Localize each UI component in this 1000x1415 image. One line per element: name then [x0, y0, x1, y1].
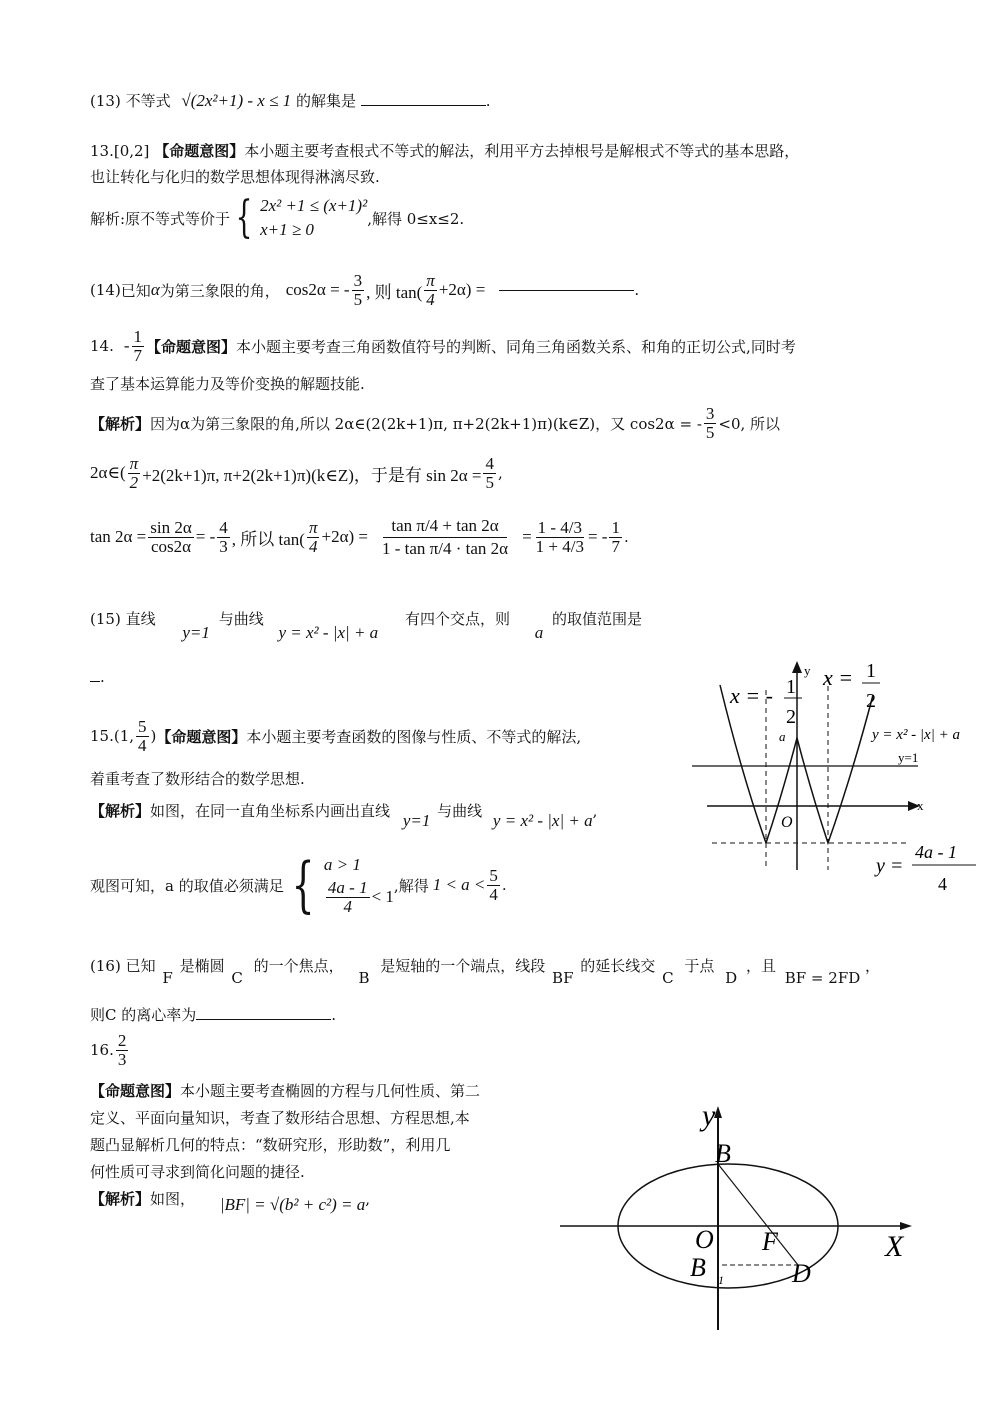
point-f: F	[162, 969, 172, 987]
question-14: (14) 已知 α 为第三象限的角， cos2α = - 35 , 则 tan(…	[90, 272, 639, 309]
question-number: (13)	[90, 92, 121, 110]
denominator: 3	[116, 1051, 129, 1069]
intent-text: 本小题主要考查椭圆的方程与几何性质、第二	[180, 1082, 480, 1100]
math-expression: +2α) =	[439, 280, 486, 300]
question-16: (16) 已知 F 是椭圆 C 的一个焦点， B 是短轴的一个端点，线段 BF …	[90, 955, 880, 976]
arrow-up-icon	[792, 661, 802, 673]
point-d: D	[725, 969, 737, 987]
intent-16: 【命题意图】本小题主要考查椭圆的方程与几何性质、第二 定义、平面向量知识，考查了…	[90, 1078, 480, 1186]
answer-15: 15.(1, 54 ) 【命题意图】本小题主要考查函数的图像与性质、不等式的解法…	[90, 718, 581, 755]
denominator: 4	[424, 291, 437, 309]
numerator: 5	[136, 718, 149, 737]
analysis-tag: 【解析】	[90, 802, 150, 820]
label-a: a	[779, 729, 786, 744]
question-text: 的延长线交	[580, 957, 655, 975]
analysis-14-line1: 【解析】 因为α为第三象限的角,所以 2α∈(2(2k+1)π, π+2(2k+…	[90, 405, 780, 442]
brace-icon: {	[291, 855, 314, 915]
denominator: 7	[609, 538, 622, 556]
intent-tag: 【命题意图】	[146, 336, 236, 357]
answer-blank	[196, 1019, 331, 1020]
punctuation: ,	[498, 464, 503, 482]
vector-equation: BF = 2FD	[785, 969, 861, 987]
inequality-expression: √(2x²+1) - x ≤ 1	[181, 91, 291, 110]
numerator: 3	[352, 272, 365, 291]
fraction: 35	[704, 405, 717, 442]
analysis-14-line2: 2α∈( π2 +2(2k+1)π, π+2(2k+1)π)(k∈Z)，于是有 …	[90, 455, 503, 492]
answer-blank	[499, 290, 634, 291]
math-expression: 2α∈(	[90, 463, 126, 483]
question-text: 的解集是	[296, 92, 356, 110]
label-num: 1	[786, 676, 796, 698]
question-text: 与曲线	[219, 610, 264, 628]
fraction: sin 2αcos2α	[148, 519, 194, 556]
ellipse-c: C	[231, 969, 242, 987]
question-text: 有四个交点，则	[405, 610, 510, 628]
point-b: B	[358, 969, 369, 987]
formula: |BF| = √(b² + c²) = a	[220, 1195, 365, 1214]
fraction: π4	[307, 519, 320, 556]
label-x: X	[884, 1230, 905, 1263]
fraction: 17	[132, 328, 145, 365]
label-b: B	[715, 1139, 731, 1168]
question-number: (16)	[90, 957, 121, 975]
question-text: 已知	[121, 280, 151, 301]
result: 1 < a <	[433, 875, 486, 895]
punctuation: .	[634, 281, 639, 299]
analysis-tag: 【解析】	[90, 413, 150, 434]
question-text: 则C 的离心率为	[90, 1006, 196, 1024]
label-line: y=1	[898, 750, 918, 765]
intent-text: 也让转化与化归的数学思想体现得淋漓尽致.	[90, 166, 380, 187]
arrow-right-icon	[900, 1222, 912, 1230]
fraction: π2	[128, 455, 141, 492]
punctuation: ,	[365, 1190, 370, 1208]
label-x-pos: x =	[822, 665, 853, 690]
punctuation: .	[624, 528, 629, 546]
question-text: 的取值范围是	[552, 610, 642, 628]
math-expression: +2α) =	[321, 527, 368, 547]
fraction: 43	[217, 519, 230, 556]
equation-system: { 2x² +1 ≤ (x+1)² x+1 ≥ 0	[230, 196, 367, 240]
fraction: 45	[483, 455, 496, 492]
intent-tag: 【命题意图】	[90, 1082, 180, 1100]
fraction: π4	[424, 272, 437, 309]
label-origin: O	[695, 1225, 714, 1254]
math-expression: = -	[196, 527, 216, 547]
denominator: 2	[128, 474, 141, 492]
numerator: π	[128, 455, 141, 474]
denominator: 4	[307, 538, 320, 556]
denominator: 4	[487, 886, 500, 904]
label-origin: O	[781, 814, 793, 831]
analysis-text: 如图，	[150, 1190, 195, 1208]
answer-14: 14. - 17 【命题意图】本小题主要考查三角函数值符号的判断、同角三角函数关…	[90, 328, 796, 365]
figure-16-ellipse: y X B F O D B 1	[550, 1060, 930, 1350]
denominator: 4	[341, 898, 354, 916]
numerator: sin 2α	[148, 519, 194, 538]
math-expression: = -	[588, 527, 608, 547]
fraction: 35	[352, 272, 365, 309]
intent-text: 本小题主要考查根式不等式的解法，利用平方去掉根号是解根式不等式的基本思路，	[244, 142, 799, 160]
answer-blank	[361, 105, 486, 106]
math-expression: , 则 tan(	[366, 278, 422, 303]
question-number: (14)	[90, 281, 121, 299]
numerator: tan π/4 + tan 2α	[383, 515, 506, 538]
analysis-15-conclusion: 观图可知，a 的取值必须满足 { a > 1 4a - 14 < 1 ,解得 1…	[90, 855, 507, 916]
condition-system: { a > 1 4a - 14 < 1	[284, 855, 394, 916]
question-text: 是椭圆	[180, 957, 225, 975]
question-text: 是短轴的一个端点，线段	[380, 957, 545, 975]
fraction: 17	[609, 519, 622, 556]
label-y: y	[804, 663, 811, 678]
analysis-16: 【解析】如图， |BF| = √(b² + c²) = a,	[90, 1188, 370, 1209]
intent-text: 本小题主要考查函数的图像与性质、不等式的解法,	[246, 726, 581, 747]
question-number: (15)	[90, 610, 121, 628]
variable: a	[535, 623, 544, 642]
label-num: 1	[866, 660, 876, 682]
punctuation: ，	[865, 957, 880, 975]
intent-text: 定义、平面向量知识，考查了数形结合思想、方程思想,本	[90, 1105, 480, 1132]
punctuation: .	[486, 92, 491, 110]
question-text: ，且	[746, 957, 776, 975]
numerator: 5	[487, 867, 500, 886]
numerator: 1 - 4/3	[536, 519, 584, 538]
numerator: π	[424, 272, 437, 291]
question-text: 的一个焦点，	[254, 957, 344, 975]
label-x: x	[917, 798, 924, 813]
analysis-text: 如图，在同一直角坐标系内画出直线	[150, 802, 390, 820]
line-equation: y=1	[403, 811, 431, 830]
denominator: 1 + 4/3	[534, 538, 586, 556]
fraction: 23	[116, 1032, 129, 1069]
label-min: y =	[874, 855, 903, 877]
intent-text: 何性质可寻求到简化问题的捷径.	[90, 1159, 480, 1186]
answer-blank: .	[90, 668, 105, 686]
denominator: 1 - tan π/4 · tan 2α	[374, 538, 516, 560]
system-row: a > 1	[324, 855, 394, 875]
math-expression: tan 2α =	[90, 527, 146, 547]
question-text: 已知	[126, 957, 156, 975]
numerator: 4	[483, 455, 496, 474]
label-den: 2	[866, 690, 876, 712]
analysis-15: 【解析】如图，在同一直角坐标系内画出直线 y=1 与曲线 y = x² - |x…	[90, 800, 597, 821]
math-expression: cos2α = -	[286, 280, 350, 300]
math-symbol: α	[151, 280, 160, 300]
answer-13: 13.[0,2] 【命题意图】本小题主要考查根式不等式的解法，利用平方去掉根号是…	[90, 140, 799, 161]
analysis-13: 解析:原不等式等价于 { 2x² +1 ≤ (x+1)² x+1 ≥ 0 ,解得…	[90, 196, 464, 240]
analysis-14-line3: tan 2α = sin 2αcos2α = - 43 , 所以 tan( π4…	[90, 515, 629, 560]
question-text: 不等式	[126, 92, 171, 110]
line-equation: y=1	[182, 623, 210, 642]
punctuation: ,	[593, 802, 598, 820]
numerator: 2	[116, 1032, 129, 1051]
label-d: D	[791, 1259, 811, 1288]
denominator: 5	[704, 424, 717, 442]
question-13: (13) 不等式 √(2x²+1) - x ≤ 1 的解集是 .	[90, 90, 491, 111]
fraction: 54	[136, 718, 149, 755]
blank-line	[90, 681, 100, 682]
label-num: 4a - 1	[915, 842, 957, 862]
answer-16: 16. 23	[90, 1032, 130, 1069]
intent-text: 查了基本运算能力及等价变换的解题技能.	[90, 373, 365, 394]
analysis-text: 与曲线	[437, 802, 482, 820]
label-subscript: 1	[718, 1273, 724, 1287]
numerator: 3	[704, 405, 717, 424]
question-text: 为第三象限的角，	[160, 280, 280, 301]
answer-value: 15.(1,	[90, 727, 134, 745]
numerator: π	[307, 519, 320, 538]
answer-number: 14.	[90, 337, 114, 355]
answer-value: 13.[0,2]	[90, 142, 149, 160]
label-den: 2	[786, 706, 796, 728]
segment-bf: BF	[552, 969, 573, 987]
question-text: 直线	[126, 610, 156, 628]
numerator: 1	[132, 328, 145, 347]
figure-15-graph: x = - 1 2 x = 1 2 y x a O y = x² - |x| +…	[690, 655, 990, 905]
denominator: 3	[217, 538, 230, 556]
analysis-tag: 【解析】	[90, 1190, 150, 1208]
segment-bd	[718, 1164, 798, 1265]
label-x-neg: x = -	[729, 683, 773, 708]
denominator: 5	[483, 474, 496, 492]
curve-equation: y = x² - |x| + a	[493, 811, 593, 830]
analysis-text: <0, 所以	[718, 413, 780, 434]
label-den: 4	[938, 874, 947, 894]
analysis-text: 观图可知，a 的取值必须满足	[90, 875, 284, 896]
question-15: (15) 直线 y=1 与曲线 y = x² - |x| + a 有四个交点，则…	[90, 608, 642, 629]
punctuation: .	[331, 1006, 336, 1024]
fraction: 4a - 14	[326, 879, 370, 916]
denominator: 4	[136, 737, 149, 755]
curve-equation: y = x² - |x| + a	[278, 623, 378, 642]
intent-text: 题凸显解析几何的特点：“数研究形，形助数”，利用几	[90, 1132, 480, 1159]
intent-text: 本小题主要考查三角函数值符号的判断、同角三角函数关系、和角的正切公式,同时考	[236, 336, 796, 357]
minus-sign: -	[124, 336, 130, 356]
intent-text: 着重考查了数形结合的数学思想.	[90, 768, 305, 789]
math-expression: +2(2k+1)π, π+2(2k+1)π)(k∈Z)，于是有 sin 2α =	[142, 461, 481, 486]
denominator: cos2α	[149, 538, 193, 556]
denominator: 5	[352, 291, 365, 309]
analysis-text: 因为α为第三象限的角,所以 2α∈(2(2k+1)π, π+2(2k+1)π)(…	[150, 413, 702, 434]
fraction: 1 - 4/31 + 4/3	[534, 519, 586, 556]
brace-icon: {	[236, 196, 253, 240]
fraction: tan π/4 + tan 2α1 - tan π/4 · tan 2α	[374, 515, 516, 560]
fraction: 54	[487, 867, 500, 904]
system-row: 2x² +1 ≤ (x+1)²	[260, 196, 367, 216]
analysis-text: 解析:原不等式等价于	[90, 208, 230, 229]
punctuation: .	[100, 668, 105, 686]
system-row: x+1 ≥ 0	[260, 220, 367, 240]
intent-tag: 【命题意图】	[156, 726, 246, 747]
numerator: 4a - 1	[326, 879, 370, 898]
label-f: F	[761, 1227, 779, 1256]
answer-number: 16.	[90, 1041, 114, 1059]
math-expression: , 所以 tan(	[232, 525, 305, 550]
analysis-text: ,解得 0≤x≤2.	[367, 208, 464, 229]
label-y: y	[699, 1099, 716, 1132]
denominator: 7	[132, 347, 145, 365]
analysis-text: ,解得	[394, 875, 429, 896]
question-16-line2: 则C 的离心率为.	[90, 1004, 336, 1025]
relation: < 1	[372, 887, 394, 907]
label-b1: B	[690, 1253, 706, 1282]
numerator: 1	[609, 519, 622, 538]
question-text: 于点	[684, 957, 714, 975]
ellipse-c: C	[662, 969, 673, 987]
punctuation: .	[502, 876, 507, 894]
label-curve: y = x² - |x| + a	[870, 727, 960, 743]
intent-tag: 【命题意图】	[154, 142, 244, 160]
numerator: 4	[217, 519, 230, 538]
